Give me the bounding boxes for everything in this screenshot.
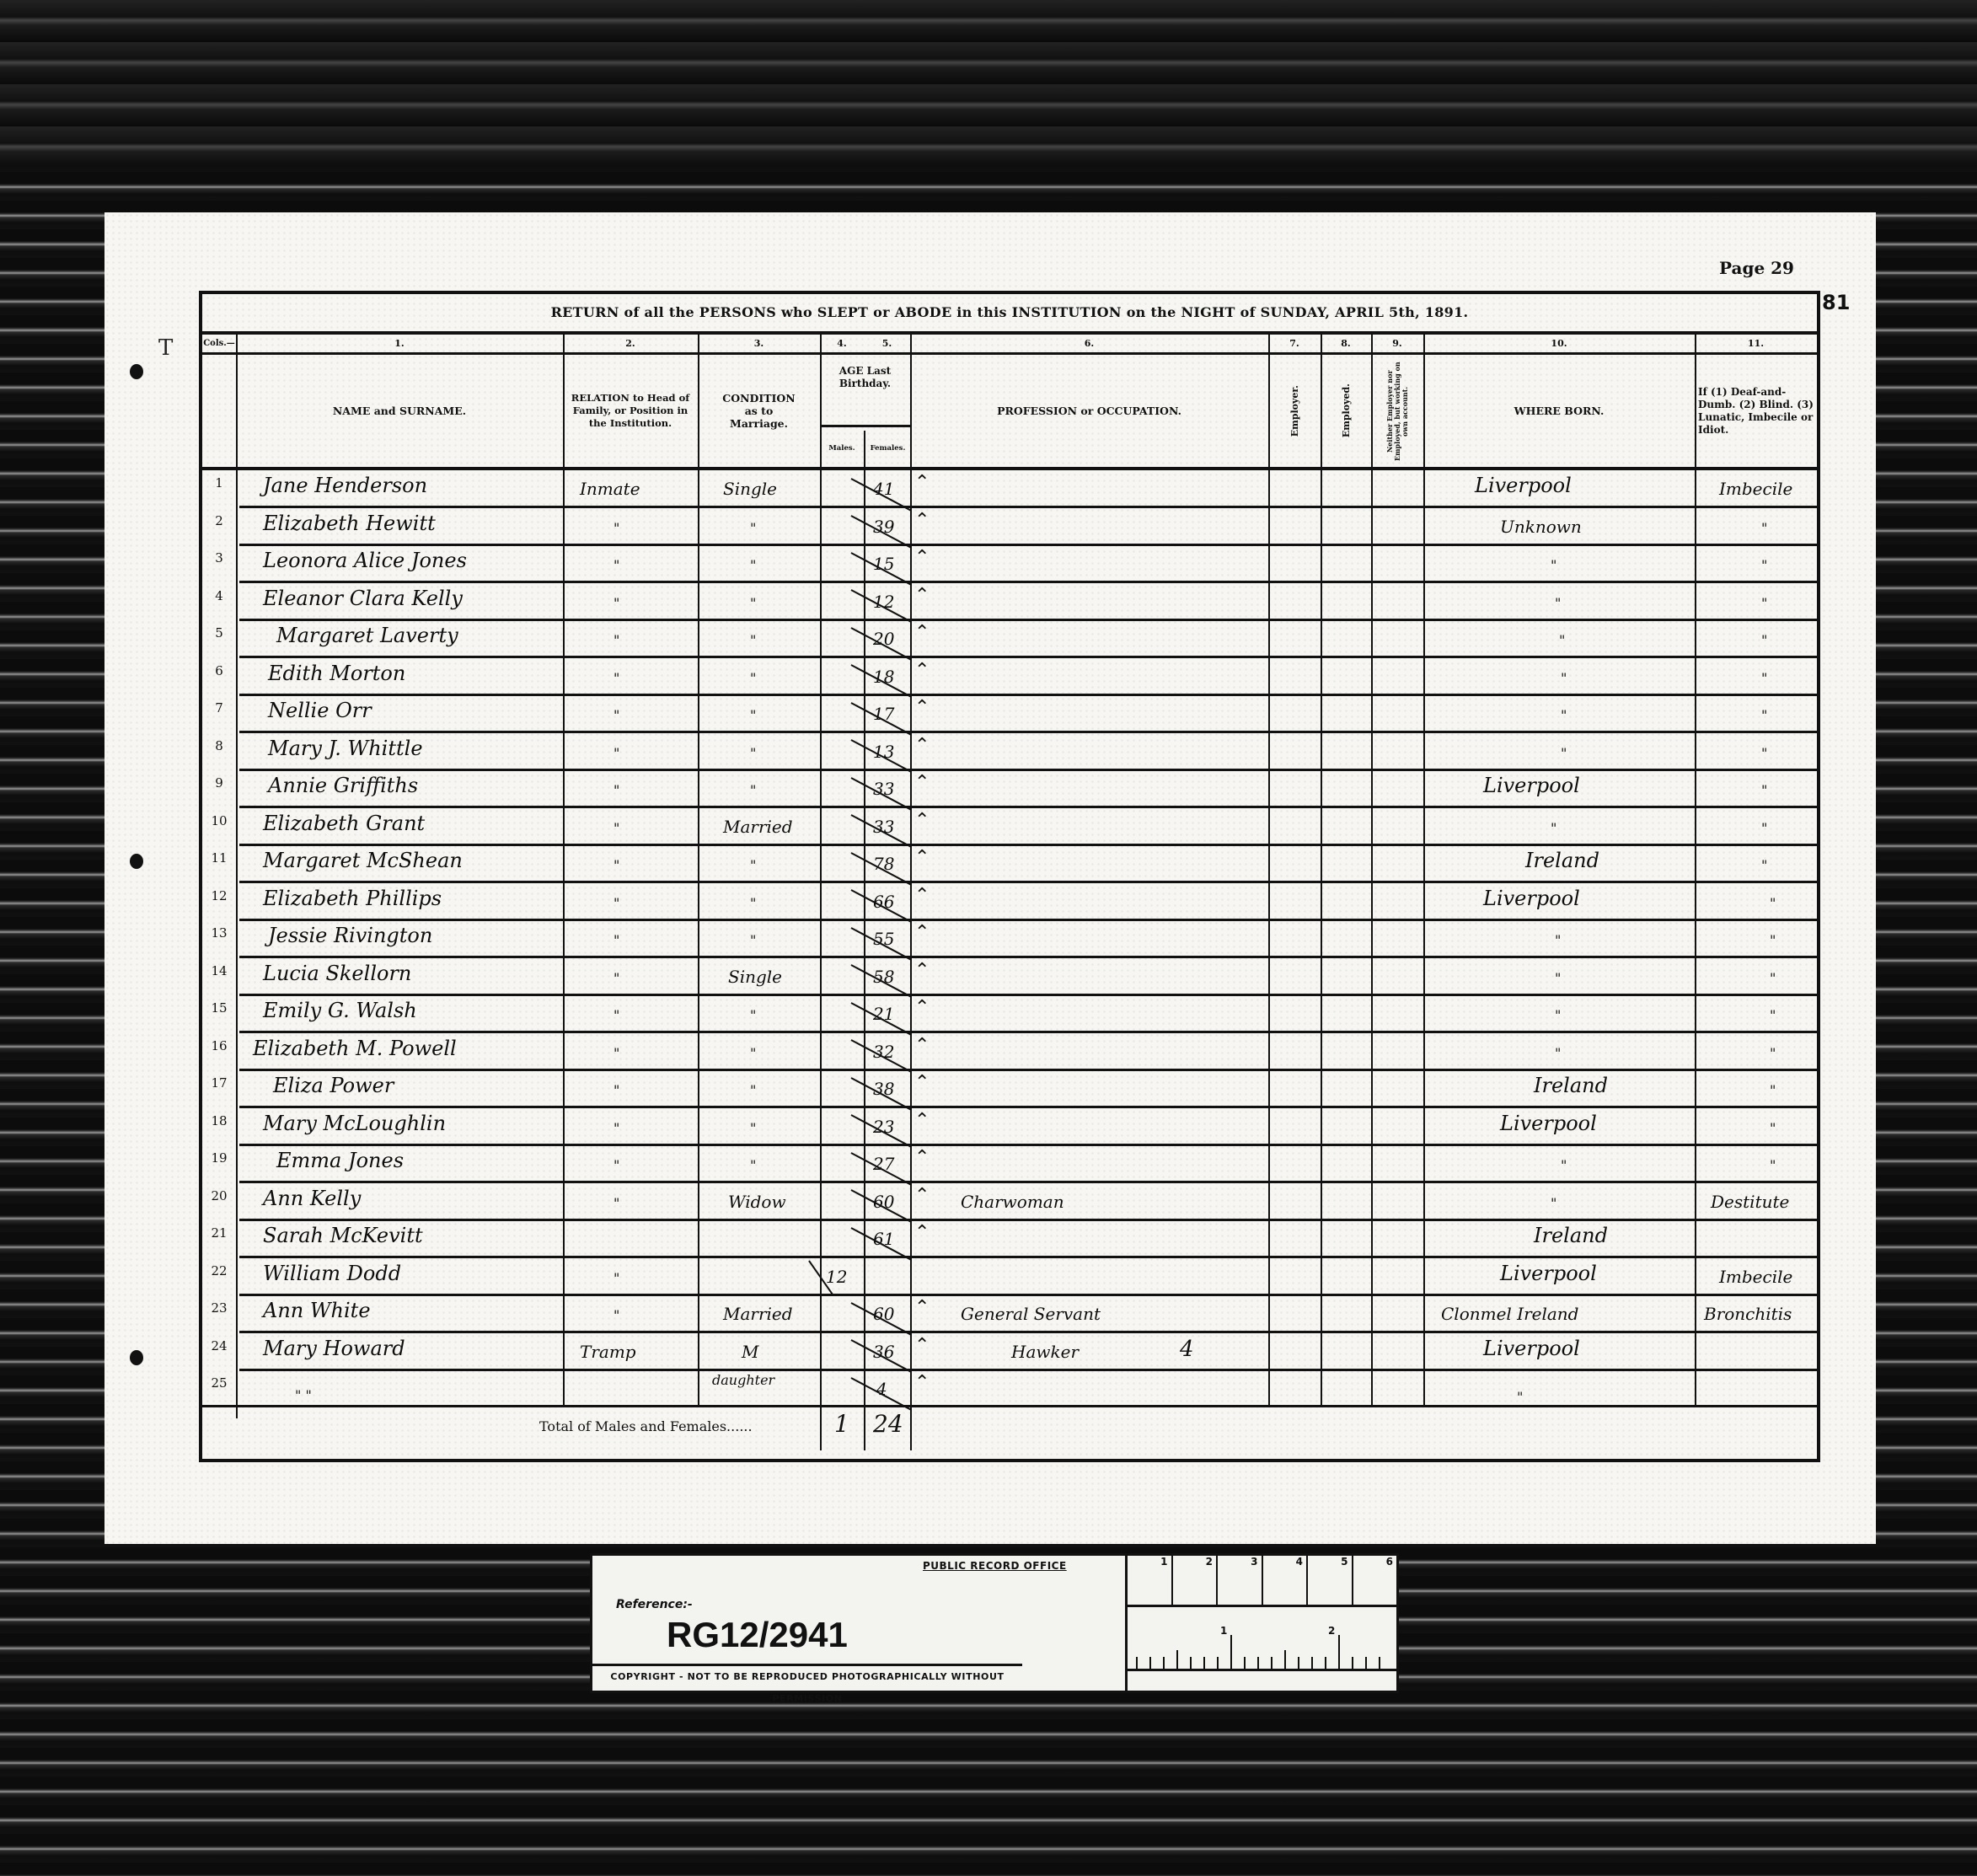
infirmity: "	[1761, 557, 1767, 573]
row-number: 16	[202, 1038, 236, 1053]
row-number: 22	[202, 1263, 236, 1278]
person-name: Annie Griffiths	[268, 774, 418, 797]
row-number: 11	[202, 850, 236, 866]
condition: daughter	[712, 1372, 774, 1388]
where-born: "	[1551, 820, 1556, 836]
reference-stamp: PUBLIC RECORD OFFICE Reference:- RG12/29…	[590, 1553, 1399, 1693]
row-number: 5	[202, 625, 236, 641]
person-name: Mary J. Whittle	[268, 737, 423, 760]
header-where-born: WHERE BORN.	[1423, 355, 1695, 467]
check-mark-icon: ⌃	[914, 735, 930, 756]
col-num-11: 11.	[1695, 335, 1817, 352]
row-number: 8	[202, 738, 236, 753]
condition: "	[750, 670, 756, 686]
header-age: AGE Last Birthday.	[820, 355, 910, 427]
punch-hole	[130, 1350, 143, 1365]
infirmity: "	[1761, 745, 1767, 761]
relation: "	[613, 1045, 619, 1061]
condition: M	[742, 1342, 758, 1362]
col-num-1: 1.	[236, 335, 563, 352]
check-mark-icon: ⌃	[914, 772, 930, 793]
condition: "	[750, 745, 756, 761]
check-mark-icon: ⌃	[914, 885, 930, 906]
col-num-5: 5.	[864, 335, 910, 352]
condition: Single	[723, 479, 777, 499]
where-born: Clonmel Ireland	[1441, 1304, 1578, 1324]
check-mark-icon: ⌃	[914, 922, 930, 943]
row-number: 3	[202, 550, 236, 565]
infirmity: "	[1761, 857, 1767, 873]
infirmity: "	[1770, 932, 1776, 948]
relation: "	[613, 857, 619, 873]
person-name: Elizabeth Phillips	[263, 887, 442, 910]
condition: Married	[723, 1304, 793, 1324]
punch-hole	[130, 364, 143, 379]
relation: "	[613, 820, 619, 836]
relation: "	[613, 1157, 619, 1173]
ruler-tick-label: 1	[1128, 1556, 1173, 1605]
row-number: 23	[202, 1300, 236, 1316]
relation: "	[613, 707, 619, 723]
condition: "	[750, 1082, 756, 1098]
where-born: "	[1517, 1389, 1523, 1405]
row-number: 1	[202, 475, 236, 490]
table-row: 6 Edith Morton " " 18 ⌃ " "	[202, 658, 1817, 696]
table-row: 18 Mary McLoughlin " " 23 ⌃ Liverpool "	[202, 1108, 1817, 1146]
table-row: 5 Margaret Laverty " " 20 ⌃ " "	[202, 620, 1817, 658]
header-employer-label: Employer.	[1289, 385, 1301, 437]
person-name: William Dodd	[263, 1262, 401, 1285]
total-males: 1	[834, 1410, 849, 1438]
table-row: 19 Emma Jones " " 27 ⌃ " "	[202, 1145, 1817, 1183]
cols-label: Cols.—	[202, 335, 236, 352]
column-headers-row: NAME and SURNAME. RELATION to Head of Fa…	[202, 355, 1817, 470]
condition: "	[750, 520, 756, 536]
row-number: 12	[202, 888, 236, 903]
check-mark-icon: ⌃	[914, 1072, 930, 1093]
relation: "	[613, 632, 619, 648]
condition: "	[750, 595, 756, 611]
ruler-cm: 1 2 3 4 5 6	[1128, 1556, 1396, 1607]
table-row: 24 Mary Howard Tramp M 36 ⌃ Hawker 4 Liv…	[202, 1333, 1817, 1371]
where-born: "	[1551, 557, 1556, 573]
condition: "	[750, 1120, 756, 1136]
table-row: 4 Eleanor Clara Kelly " " 12 ⌃ " "	[202, 583, 1817, 621]
header-name: NAME and SURNAME.	[236, 355, 563, 467]
male-age: 12	[826, 1267, 847, 1287]
condition: "	[750, 707, 756, 723]
table-row: 16 Elizabeth M. Powell " " 32 ⌃ " "	[202, 1033, 1817, 1071]
table-row: 10 Elizabeth Grant " Married 33 ⌃ " "	[202, 808, 1817, 846]
reference-label: Reference:-	[616, 1598, 693, 1611]
where-born: Liverpool	[1475, 474, 1572, 497]
person-name: Ann White	[263, 1299, 371, 1322]
page-number: Page 29	[1719, 258, 1794, 278]
relation: "	[613, 670, 619, 686]
person-name: " "	[295, 1387, 312, 1403]
infirmity: Imbecile	[1719, 1267, 1792, 1287]
where-born: Ireland	[1534, 1224, 1608, 1247]
table-row: 13 Jessie Rivington " " 55 ⌃ " "	[202, 920, 1817, 958]
condition: "	[750, 632, 756, 648]
person-name: Edith Morton	[268, 662, 405, 685]
infirmity: "	[1761, 782, 1767, 798]
infirmity: "	[1770, 895, 1776, 911]
check-mark-icon: ⌃	[914, 810, 930, 831]
condition: "	[750, 895, 756, 911]
check-mark-icon: ⌃	[914, 1147, 930, 1168]
condition: "	[750, 557, 756, 573]
table-row: 8 Mary J. Whittle " " 13 ⌃ " "	[202, 733, 1817, 771]
relation: Tramp	[580, 1342, 636, 1362]
table-row: 14 Lucia Skellorn " Single 58 ⌃ " "	[202, 958, 1817, 996]
punch-hole	[130, 854, 143, 869]
infirmity: "	[1770, 1157, 1776, 1173]
person-name: Nellie Orr	[268, 699, 372, 722]
row-number: 18	[202, 1113, 236, 1128]
col-num-7: 7.	[1268, 335, 1321, 352]
row-number: 21	[202, 1225, 236, 1241]
ruler-tick-label: 3	[1218, 1556, 1263, 1605]
col-num-3: 3.	[698, 335, 820, 352]
where-born: Liverpool	[1500, 1262, 1597, 1285]
where-born: "	[1561, 670, 1567, 686]
person-name: Elizabeth M. Powell	[253, 1037, 457, 1060]
check-mark-icon: ⌃	[914, 510, 930, 531]
relation: "	[613, 782, 619, 798]
relation: Inmate	[580, 479, 640, 499]
relation: "	[613, 595, 619, 611]
header-infirmity: If (1) Deaf-and-Dumb. (2) Blind. (3) Lun…	[1695, 355, 1817, 467]
header-age-females: Females.	[864, 431, 910, 467]
person-name: Leonora Alice Jones	[263, 549, 467, 572]
header-employed: Employed.	[1321, 355, 1371, 467]
condition: "	[750, 857, 756, 873]
ruler-inch-label: 2	[1328, 1625, 1335, 1637]
ruler-tick-label: 5	[1308, 1556, 1353, 1605]
census-form: RETURN of all the PERSONS who SLEPT or A…	[199, 291, 1820, 1462]
total-females: 24	[873, 1410, 903, 1438]
where-born: Liverpool	[1483, 887, 1580, 910]
table-row: 3 Leonora Alice Jones " " 15 ⌃ " "	[202, 545, 1817, 583]
header-employed-label: Employed.	[1340, 383, 1353, 437]
folio-number: 81	[1822, 291, 1850, 314]
where-born: Ireland	[1525, 849, 1599, 872]
relation: "	[613, 557, 619, 573]
person-name: Mary Howard	[263, 1337, 405, 1360]
infirmity: Bronchitis	[1704, 1304, 1792, 1324]
ruler-tick-label: 6	[1353, 1556, 1397, 1605]
table-row: 11 Margaret McShean " " 78 ⌃ Ireland "	[202, 845, 1817, 883]
infirmity: "	[1761, 707, 1767, 723]
check-mark-icon: ⌃	[914, 1297, 930, 1318]
person-name: Jane Henderson	[263, 474, 427, 497]
where-born: "	[1561, 1157, 1567, 1173]
infirmity: "	[1761, 595, 1767, 611]
table-row: 2 Elizabeth Hewitt " " 39 ⌃ Unknown "	[202, 508, 1817, 546]
reference-number: RG12/2941	[667, 1615, 848, 1655]
infirmity: Imbecile	[1719, 479, 1792, 499]
condition: "	[750, 1157, 756, 1173]
occupation: General Servant	[961, 1304, 1101, 1324]
office-label: PUBLIC RECORD OFFICE	[923, 1560, 1067, 1572]
table-row: 20 Ann Kelly " Widow 60 ⌃ Charwoman " De…	[202, 1183, 1817, 1221]
copyright-notice: COPYRIGHT - NOT TO BE REPRODUCED PHOTOGR…	[592, 1664, 1022, 1690]
infirmity: "	[1770, 1082, 1776, 1098]
condition: Widow	[728, 1192, 786, 1212]
relation: "	[613, 1082, 619, 1098]
totals-row: Total of Males and Females...... 1 24	[202, 1407, 1817, 1450]
person-name: Lucia Skellorn	[263, 962, 411, 985]
table-row: 25 " " daughter 4 ⌃ "	[202, 1370, 1817, 1408]
person-name: Elizabeth Grant	[263, 812, 425, 835]
row-number: 14	[202, 963, 236, 978]
relation: "	[613, 520, 619, 536]
table-row: 21 Sarah McKevitt 61 ⌃ Ireland	[202, 1220, 1817, 1258]
where-born: "	[1555, 1007, 1561, 1023]
infirmity: "	[1770, 1045, 1776, 1061]
relation: "	[613, 1120, 619, 1136]
header-occupation: PROFESSION or OCCUPATION.	[910, 355, 1268, 467]
condition: "	[750, 1045, 756, 1061]
table-row: 23 Ann White " Married 60 ⌃ General Serv…	[202, 1295, 1817, 1333]
table-row: 22 William Dodd " 12 Liverpool Imbecile	[202, 1258, 1817, 1296]
infirmity: "	[1770, 970, 1776, 986]
header-neither: Neither Employer nor Employed, but worki…	[1371, 355, 1423, 467]
check-mark-icon: ⌃	[914, 1372, 930, 1393]
check-mark-icon: ⌃	[914, 472, 930, 493]
totals-label: Total of Males and Females......	[539, 1418, 753, 1434]
where-born: Unknown	[1500, 517, 1582, 537]
row-number: 19	[202, 1150, 236, 1166]
header-condition: CONDITION as to Marriage.	[698, 355, 820, 467]
row-number: 25	[202, 1375, 236, 1391]
table-row: 1 Jane Henderson Inmate Single 41 ⌃ Live…	[202, 470, 1817, 508]
row-number: 15	[202, 1000, 236, 1016]
col-num-8: 8.	[1321, 335, 1371, 352]
table-row: 15 Emily G. Walsh " " 21 ⌃ " "	[202, 995, 1817, 1033]
where-born: "	[1555, 595, 1561, 611]
where-born: Liverpool	[1483, 1337, 1580, 1360]
person-name: Margaret Laverty	[276, 624, 458, 647]
header-employer: Employer.	[1268, 355, 1321, 467]
row-number: 4	[202, 588, 236, 603]
where-born: "	[1559, 632, 1565, 648]
person-name: Emily G. Walsh	[263, 999, 417, 1022]
where-born: Liverpool	[1483, 774, 1580, 797]
check-mark-icon: ⌃	[914, 697, 930, 718]
check-mark-icon: ⌃	[914, 847, 930, 868]
col-num-10: 10.	[1423, 335, 1695, 352]
occupation: Hawker	[1011, 1342, 1079, 1362]
occupation: Charwoman	[961, 1192, 1064, 1212]
condition: Single	[728, 967, 782, 987]
where-born: "	[1555, 1045, 1561, 1061]
check-mark-icon: ⌃	[914, 1335, 930, 1356]
column-numbers-row: Cols.— 1. 2. 3. 4. 5. 6. 7. 8. 9. 10. 11…	[202, 335, 1817, 355]
margin-mark: T	[158, 335, 173, 361]
infirmity: "	[1770, 1120, 1776, 1136]
col-num-9: 9.	[1371, 335, 1423, 352]
check-mark-icon: ⌃	[914, 547, 930, 568]
relation: "	[613, 1270, 619, 1286]
relation: "	[613, 895, 619, 911]
ruler-inch-label: 1	[1220, 1625, 1227, 1637]
check-mark-icon: ⌃	[914, 1035, 930, 1056]
where-born: Liverpool	[1500, 1112, 1597, 1135]
check-mark-icon: ⌃	[914, 1110, 930, 1131]
row-number: 2	[202, 513, 236, 528]
ruler-tick-label: 2	[1173, 1556, 1219, 1605]
ruler-inch: 1 2	[1128, 1605, 1396, 1671]
check-mark-icon: ⌃	[914, 1185, 930, 1206]
where-born: "	[1561, 707, 1567, 723]
relation: "	[613, 970, 619, 986]
row-number: 10	[202, 813, 236, 828]
infirmity: "	[1761, 632, 1767, 648]
table-row: 7 Nellie Orr " " 17 ⌃ " "	[202, 695, 1817, 733]
person-name: Eliza Power	[273, 1074, 394, 1097]
row-number: 13	[202, 925, 236, 941]
row-number: 9	[202, 775, 236, 791]
infirmity: "	[1770, 1007, 1776, 1023]
relation: "	[613, 932, 619, 948]
header-relation: RELATION to Head of Family, or Position …	[563, 355, 698, 467]
person-name: Elizabeth Hewitt	[263, 512, 436, 535]
row-number: 6	[202, 663, 236, 678]
where-born: "	[1555, 970, 1561, 986]
infirmity: "	[1761, 520, 1767, 536]
check-mark-icon: ⌃	[914, 997, 930, 1018]
condition: "	[750, 932, 756, 948]
check-mark-icon: ⌃	[914, 660, 930, 681]
relation: "	[613, 1195, 619, 1211]
where-born: "	[1561, 745, 1567, 761]
where-born: Ireland	[1534, 1074, 1608, 1097]
table-row: 12 Elizabeth Phillips " " 66 ⌃ Liverpool…	[202, 883, 1817, 921]
where-born: "	[1551, 1195, 1556, 1211]
person-name: Jessie Rivington	[268, 924, 432, 947]
check-mark-icon: ⌃	[914, 960, 930, 981]
table-row: 17 Eliza Power " " 38 ⌃ Ireland "	[202, 1070, 1817, 1108]
where-born: "	[1555, 932, 1561, 948]
check-mark-icon: ⌃	[914, 1222, 930, 1243]
infirmity: Destitute	[1711, 1192, 1789, 1212]
person-name: Eleanor Clara Kelly	[263, 587, 463, 610]
row-number: 7	[202, 700, 236, 716]
header-neither-label: Neither Employer nor Employed, but worki…	[1386, 362, 1409, 461]
condition: "	[750, 1007, 756, 1023]
person-name: Margaret McShean	[263, 849, 463, 872]
person-name: Ann Kelly	[263, 1187, 361, 1210]
check-mark-icon: ⌃	[914, 622, 930, 643]
margin-annotation: 4	[1180, 1337, 1194, 1362]
person-name: Sarah McKevitt	[263, 1224, 423, 1247]
col-num-2: 2.	[563, 335, 698, 352]
check-mark-icon: ⌃	[914, 585, 930, 606]
relation: "	[613, 745, 619, 761]
relation: "	[613, 1307, 619, 1323]
infirmity: "	[1761, 820, 1767, 836]
scanner-background-top	[0, 0, 1977, 164]
row-number: 24	[202, 1338, 236, 1353]
condition: Married	[723, 817, 793, 837]
scale-ruler: 1 2 3 4 5 6 1 2	[1125, 1556, 1396, 1691]
condition: "	[750, 782, 756, 798]
col-num-6: 6.	[910, 335, 1268, 352]
row-number: 17	[202, 1075, 236, 1091]
row-number: 20	[202, 1188, 236, 1203]
person-name: Emma Jones	[276, 1149, 404, 1172]
form-title: RETURN of all the PERSONS who SLEPT or A…	[202, 294, 1817, 335]
col-num-4: 4.	[820, 335, 864, 352]
header-age-males: Males.	[820, 431, 864, 467]
relation: "	[613, 1007, 619, 1023]
ruler-tick-label: 4	[1263, 1556, 1309, 1605]
infirmity: "	[1761, 670, 1767, 686]
table-row: 9 Annie Griffiths " " 33 ⌃ Liverpool "	[202, 770, 1817, 808]
person-name: Mary McLoughlin	[263, 1112, 446, 1135]
